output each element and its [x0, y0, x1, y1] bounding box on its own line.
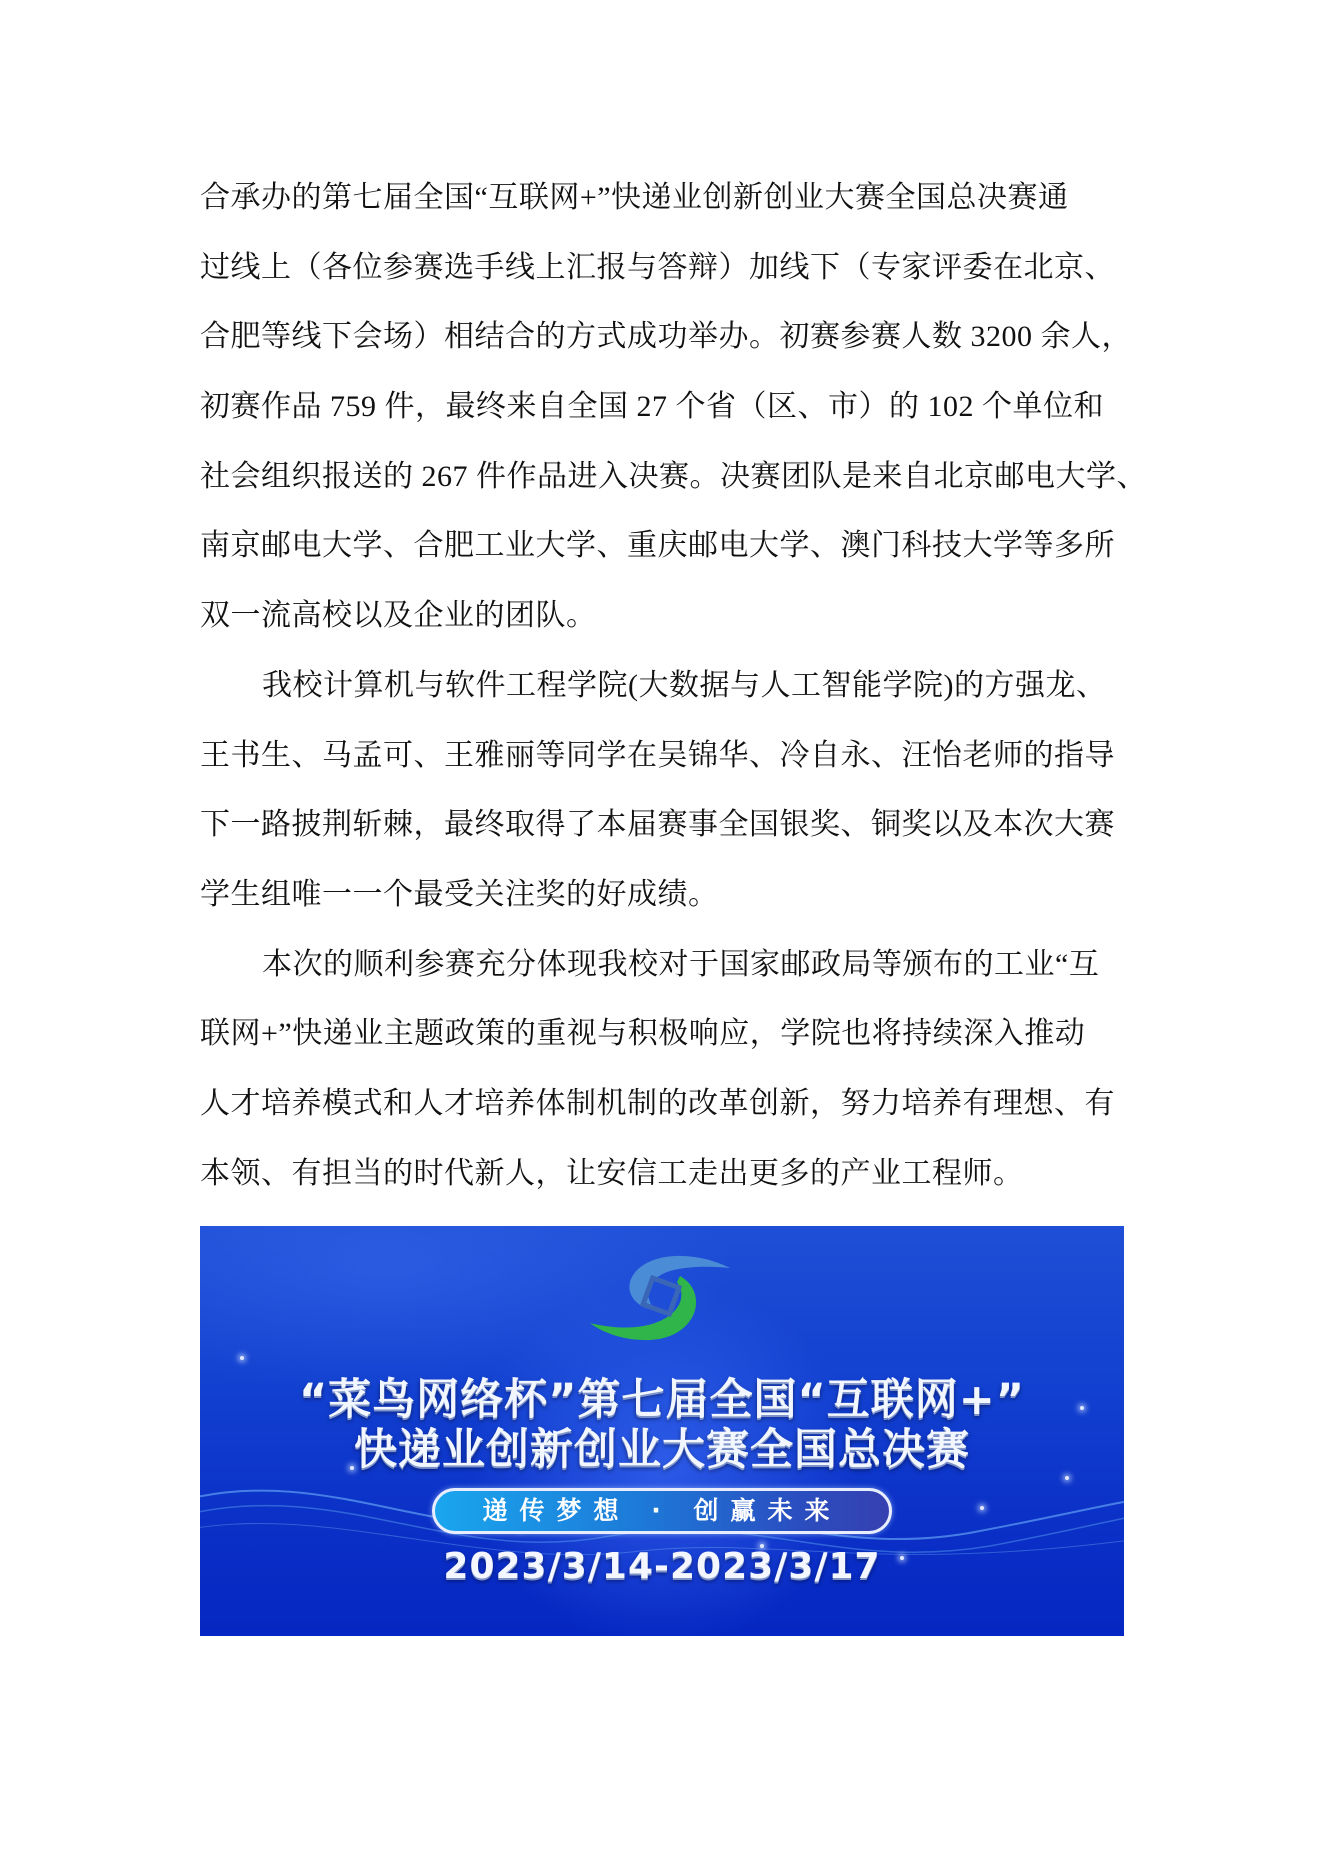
text-line: 本领、有担当的时代新人，让安信工走出更多的产业工程师。	[200, 1148, 1130, 1218]
competition-banner-image: “菜鸟网络杯”第七届全国“互联网+” 快递业创新创业大赛全国总决赛 递传梦想 ·…	[200, 1226, 1124, 1636]
paragraph-1: 合承办的第七届全国“互联网+”快递业创新创业大赛全国总决赛通 过线上（各位参赛选…	[200, 172, 1130, 660]
banner-slogan-pill: 递传梦想 · 创赢未来	[432, 1488, 892, 1534]
text-line: 社会组织报送的 267 件作品进入决赛。决赛团队是来自北京邮电大学、	[200, 451, 1130, 521]
text-line: 合承办的第七届全国“互联网+”快递业创新创业大赛全国总决赛通	[200, 172, 1130, 242]
star-decoration	[980, 1506, 984, 1510]
text-line: 本次的顺利参赛充分体现我校对于国家邮政局等颁布的工业“互	[200, 939, 1130, 1009]
text-line: 下一路披荆斩棘，最终取得了本届赛事全国银奖、铜奖以及本次大赛	[200, 799, 1130, 869]
text-line: 人才培养模式和人才培养体制机制的改革创新，努力培养有理想、有	[200, 1078, 1130, 1148]
text-line: 合肥等线下会场）相结合的方式成功举办。初赛参赛人数 3200 余人，	[200, 311, 1130, 381]
paragraph-2: 我校计算机与软件工程学院(大数据与人工智能学院)的方强龙、 王书生、马孟可、王雅…	[200, 660, 1130, 939]
text-line: 学生组唯一一个最受关注奖的好成绩。	[200, 869, 1130, 939]
paragraph-3: 本次的顺利参赛充分体现我校对于国家邮政局等颁布的工业“互 联网+”快递业主题政策…	[200, 939, 1130, 1218]
banner-title-line-2: 快递业创新创业大赛全国总决赛	[200, 1416, 1124, 1477]
text-line: 联网+”快递业主题政策的重视与积极响应，学院也将持续深入推动	[200, 1008, 1130, 1078]
document-page: 合承办的第七届全国“互联网+”快递业创新创业大赛全国总决赛通 过线上（各位参赛选…	[0, 0, 1323, 1871]
text-line: 初赛作品 759 件，最终来自全国 27 个省（区、市）的 102 个单位和	[200, 381, 1130, 451]
swirl-logo-icon	[585, 1238, 735, 1353]
text-line: 南京邮电大学、合肥工业大学、重庆邮电大学、澳门科技大学等多所	[200, 520, 1130, 590]
article-body: 合承办的第七届全国“互联网+”快递业创新创业大赛全国总决赛通 过线上（各位参赛选…	[200, 172, 1130, 1217]
text-line: 过线上（各位参赛选手线上汇报与答辩）加线下（专家评委在北京、	[200, 242, 1130, 312]
text-line: 双一流高校以及企业的团队。	[200, 590, 1130, 660]
text-line: 我校计算机与软件工程学院(大数据与人工智能学院)的方强龙、	[200, 660, 1130, 730]
text-line: 王书生、马孟可、王雅丽等同学在吴锦华、冷自永、汪怡老师的指导	[200, 730, 1130, 800]
banner-date-range: 2023/3/14-2023/3/17	[200, 1546, 1124, 1587]
star-decoration	[240, 1356, 244, 1360]
